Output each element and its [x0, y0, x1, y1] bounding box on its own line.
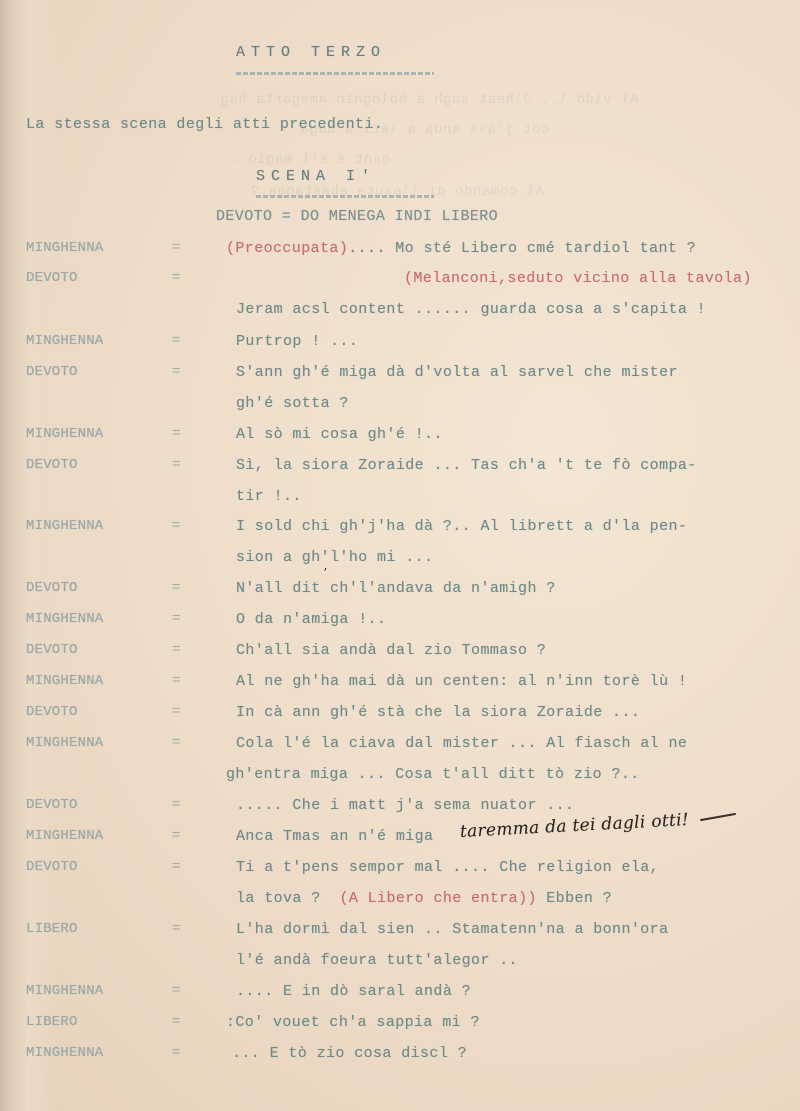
dialogue-line: N'all dit ch'l'andava da n'amigh ? — [236, 580, 556, 597]
speaker-name: DEVOTO — [26, 270, 78, 286]
dialogue-line: Cola l'é la ciava dal mister ... Al fias… — [236, 735, 687, 752]
speaker-name: MINGHENNA — [26, 735, 103, 751]
separator: = — [172, 364, 181, 380]
separator: = — [172, 642, 181, 658]
separator: = — [172, 518, 181, 534]
dialogue-line: l'é andà foeura tutt'alegor .. — [236, 952, 518, 969]
dialogue-line: Jeram acsl content ...... guarda cosa a … — [236, 301, 706, 318]
handwritten-mark: ʼ — [323, 566, 327, 580]
speaker-name: MINGHENNA — [26, 983, 103, 999]
stage-direction: (Melanconi,seduto vicino alla tavola) — [404, 270, 752, 287]
speaker-name: MINGHENNA — [26, 828, 103, 844]
characters-line: DEVOTO = DO MENEGA INDI LIBERO — [216, 208, 498, 225]
separator: = — [172, 1045, 181, 1061]
speaker-name: DEVOTO — [26, 364, 78, 380]
separator: = — [172, 797, 181, 813]
speaker-name: LIBERO — [26, 921, 78, 937]
speaker-name: DEVOTO — [26, 797, 78, 813]
dialogue-line: L'ha dormì dal sien .. Stamatenn'na a bo… — [236, 921, 668, 938]
dialogue-line: ..... Che i matt j'a sema nuator ... — [236, 797, 574, 814]
dialogue-line: Sì, la siora Zoraide ... Tas ch'a 't te … — [236, 457, 697, 474]
separator: = — [172, 457, 181, 473]
speaker-name: DEVOTO — [26, 704, 78, 720]
dialogue-line: Al ne gh'ha mai dà un centen: al n'inn t… — [236, 673, 687, 690]
separator: = — [172, 270, 181, 286]
separator: = — [172, 859, 181, 875]
dialogue-line: :Co' vouet ch'a sappia mi ? — [226, 1014, 480, 1031]
dialogue-text: Ebben ? — [546, 890, 612, 907]
separator: = — [172, 580, 181, 596]
dialogue-line: gh'entra miga ... Cosa t'all ditt tò zio… — [226, 766, 640, 783]
dialogue-line: O da n'amiga !.. — [236, 611, 386, 628]
dialogue-text: .... Mo sté Libero cmé tardiol tant ? — [348, 240, 696, 257]
bleed-through-text: Al vidd l.. J'heat sugh a bolognin amego… — [220, 92, 638, 108]
separator: = — [172, 983, 181, 999]
speaker-name: MINGHENNA — [26, 426, 103, 442]
dialogue-text: la tova ? — [236, 890, 321, 907]
speaker-name: DEVOTO — [26, 580, 78, 596]
dialogue-line: tir !.. — [236, 488, 302, 505]
title-underline — [236, 72, 434, 75]
dialogue-line: Ti a t'pens sempor mal .... Che religion… — [236, 859, 659, 876]
bleed-through-text: gant a s'l magio . — [230, 152, 390, 168]
speaker-name: MINGHENNA — [26, 518, 103, 534]
dialogue-line: Anca Tmas an n'é miga — [236, 828, 433, 845]
act-title: ATTO TERZO — [236, 44, 386, 61]
scene-underline — [256, 195, 434, 198]
speaker-name: DEVOTO — [26, 859, 78, 875]
stage-direction: (Preoccupata) — [226, 240, 348, 257]
separator: = — [172, 426, 181, 442]
dialogue-line: Ch'all sia andà dal zio Tommaso ? — [236, 642, 546, 659]
separator: = — [172, 1014, 181, 1030]
dialogue-line: .... E in dò saral andà ? — [236, 983, 471, 1000]
stage-direction: (A Libero che entra)) — [339, 890, 536, 907]
dialogue-line: Al sò mi cosa gh'é !.. — [236, 426, 443, 443]
speaker-name: MINGHENNA — [26, 673, 103, 689]
speaker-name: DEVOTO — [26, 642, 78, 658]
dialogue-line: (Preoccupata).... Mo sté Libero cmé tard… — [226, 240, 696, 257]
dialogue-line: la tova ? (A Libero che entra)) Ebben ? — [236, 890, 612, 907]
separator: = — [172, 828, 181, 844]
dialogue-line: Purtrop ! ... — [236, 333, 358, 350]
separator: = — [172, 704, 181, 720]
speaker-name: MINGHENNA — [26, 240, 103, 256]
dialogue-line: I sold chi gh'j'ha dà ?.. Al librett a d… — [236, 518, 687, 535]
speaker-name: LIBERO — [26, 1014, 78, 1030]
speaker-name: MINGHENNA — [26, 611, 103, 627]
dialogue-line: gh'é sotta ? — [236, 395, 349, 412]
dialogue-line: sion a gh'l'ho mi ... — [236, 549, 433, 566]
separator: = — [172, 240, 181, 256]
separator: = — [172, 673, 181, 689]
scene-title: SCENA I' — [256, 168, 376, 185]
separator: = — [172, 611, 181, 627]
separator: = — [172, 735, 181, 751]
separator: = — [172, 921, 181, 937]
setting-text: La stessa scena degli atti precedenti. — [26, 116, 383, 133]
separator: = — [172, 333, 181, 349]
speaker-name: MINGHENNA — [26, 1045, 103, 1061]
speaker-name: DEVOTO — [26, 457, 78, 473]
dialogue-line: S'ann gh'é miga dà d'volta al sarvel che… — [236, 364, 678, 381]
speaker-name: MINGHENNA — [26, 333, 103, 349]
dialogue-line: ... E tò zio cosa discl ? — [232, 1045, 467, 1062]
dialogue-line: In cà ann gh'é stà che la siora Zoraide … — [236, 704, 640, 721]
